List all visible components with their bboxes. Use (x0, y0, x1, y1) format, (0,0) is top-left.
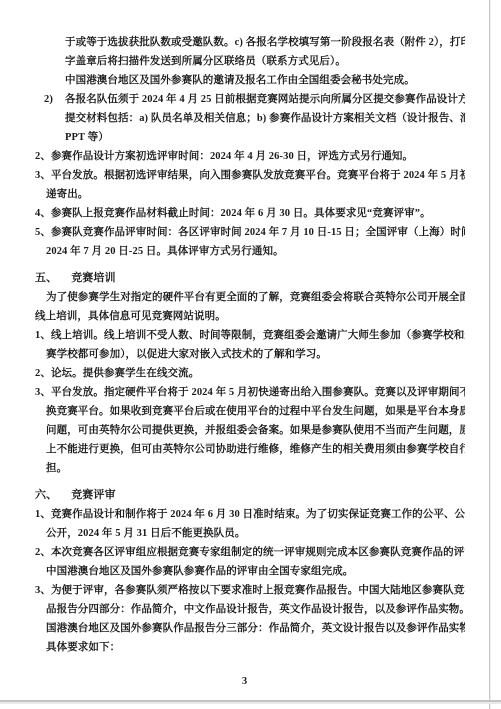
doc-line: 于或等于选拔获批队数或受邀队数。c) 各报名学校填写第一阶段报名表（附件 2），… (65, 33, 465, 52)
doc-line: 换竞赛平台。如果收到竞赛平台后或在使用平台的过程中平台发生问题，如果是平台本身质… (46, 402, 465, 421)
page-edge-bottom-shadow (0, 702, 501, 704)
doc-line: 问题，可由英特尔公司提供更换，并报组委会备案。如果是参赛队使用不当而产生问题，原… (46, 421, 465, 440)
doc-line: 提交材料包括：a) 队员名单及相关信息；b) 参赛作品设计方案相关文档（设计报告… (65, 109, 465, 128)
page-edge-right-shadow (490, 0, 491, 709)
doc-line-subitem: 2)各报名队伍须于 2024 年 4 月 25 日前根据竞赛网站提示向所属分区提… (44, 90, 465, 109)
doc-line: 2024 年 7 月 20 日-25 日。具体评审方式另行通知。 (46, 242, 465, 261)
doc-line: 中国港澳台地区及国外参赛队的邀请及报名工作由全国组委会秘书处完成。 (65, 71, 465, 90)
doc-line: 线上培训，具体信息可见竞赛网站说明。 (35, 307, 465, 326)
page-number: 3 (0, 676, 489, 687)
doc-line: 3、平台发放。指定硬件平台将于 2024 年 5 月初快递寄出给入围参赛队。竞赛… (35, 383, 465, 402)
doc-line: 中国港澳台地区及国外参赛队参赛作品的评审由全国专家组完成。 (46, 562, 465, 581)
doc-line: 3、为便于评审，各参赛队须严格按以下要求准时上报竞赛作品报告。中国大陆地区参赛队… (35, 581, 465, 600)
doc-line: 递寄出。 (46, 185, 465, 204)
doc-line-text: 各报名队伍须于 2024 年 4 月 25 日前根据竞赛网站提示向所属分区提交参… (65, 94, 465, 105)
doc-line: 2、本次竞赛各区评审组应根据竞赛专家组制定的统一评审规则完成本区参赛队竞赛作品的… (35, 543, 465, 562)
doc-line: 为了使参赛学生对指定的硬件平台有更全面的了解，竞赛组委会将联合英特尔公司开展全面… (46, 288, 465, 307)
doc-line: 1、线上培训。线上培训不受人数、时间等限制，竞赛组委会邀请广大师生参加（参赛学校… (35, 326, 465, 345)
doc-line: PPT 等） (65, 128, 465, 147)
doc-line: 2、论坛。提供参赛学生在线交流。 (35, 364, 465, 383)
doc-line: 赛学校都可参加），以促进大家对嵌入式技术的了解和学习。 (46, 345, 465, 364)
section-heading-review: 六、竞赛评审 (35, 486, 465, 505)
section-marker: 五、 (35, 272, 57, 284)
doc-line: 2、参赛作品设计方案初选评审时间：2024 年 4 月 26-30 日，评选方式… (35, 147, 465, 166)
document-page: 于或等于选拔获批队数或受邀队数。c) 各报名学校填写第一阶段报名表（附件 2），… (0, 0, 489, 700)
section-title: 竞赛培训 (71, 272, 115, 284)
section-title: 竞赛评审 (71, 489, 115, 501)
doc-line: 1、竞赛作品设计和制作将于 2024 年 6 月 30 日准时结束。为了切实保证… (35, 505, 465, 524)
doc-line: 5、参赛队竞赛作品评审时间：各区评审时间 2024 年 7 月 10 日-15 … (35, 223, 465, 242)
doc-line: 担。 (46, 459, 465, 478)
list-marker: 2) (44, 90, 65, 109)
document-viewport: 于或等于选拔获批队数或受邀队数。c) 各报名学校填写第一阶段报名表（附件 2），… (0, 0, 501, 709)
section-marker: 六、 (35, 489, 57, 501)
doc-line: 公开，2024 年 5 月 31 日后不能更换队员。 (46, 524, 465, 543)
doc-line: 4、参赛队上报竞赛作品材料截止时间：2024 年 6 月 30 日。具体要求见“… (35, 204, 465, 223)
doc-line: 具体要求如下： (46, 638, 465, 657)
section-heading-training: 五、竞赛培训 (35, 269, 465, 288)
doc-line: 3、平台发放。根据初选评审结果，向入围参赛队发放竞赛平台。竞赛平台将于 2024… (35, 166, 465, 185)
doc-line: 上不能进行更换，但可由英特尔公司协助进行维修，维修产生的相关费用须由参赛学校自行… (46, 440, 465, 459)
doc-line: 国港澳台地区及国外参赛队作品报告分三部分：作品简介，英文设计报告以及参评作品实物… (46, 619, 465, 638)
doc-line: 品报告分四部分：作品简介，中文作品设计报告，英文作品设计报告，以及参评作品实物。… (46, 600, 465, 619)
doc-line: 字盖章后将扫描件发送到所属分区联络员（联系方式见后）。 (65, 52, 465, 71)
